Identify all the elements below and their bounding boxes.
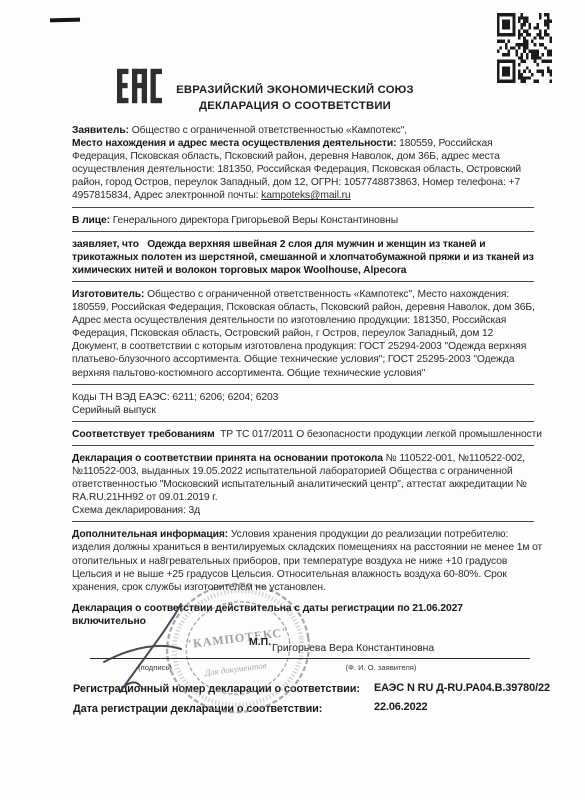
separator-line (72, 521, 534, 522)
separator-line (72, 421, 534, 422)
section-product: заявляет, что Одежда верхняя швейная 2 с… (72, 238, 545, 277)
mp-mark: М.П. (249, 636, 271, 648)
section-codes: Коды ТН ВЭД ЕАЭС: 6211; 6206; 6204; 6203… (72, 391, 545, 417)
separator-line (72, 384, 534, 385)
separator-line (72, 281, 534, 282)
section-applicant: Заявитель: Общество с ограниченной ответ… (72, 124, 545, 203)
scan-mark (50, 18, 80, 23)
document-body: Заявитель: Общество с ограниченной ответ… (72, 124, 545, 628)
union-title: ЕВРАЗИЙСКИЙ ЭКОНОМИЧЕСКИЙ СОЮЗ (150, 84, 440, 96)
section-additional-info: Дополнительная информация: Условия хране… (72, 528, 545, 593)
section-conformity: Соответствует требованиям ТР ТС 017/2011… (72, 428, 545, 441)
registration-date-value: 22.06.2022 (374, 701, 428, 713)
document-header: ЕВРАЗИЙСКИЙ ЭКОНОМИЧЕСКИЙ СОЮЗ ДЕКЛАРАЦИ… (150, 84, 440, 112)
handwritten-signature-icon (88, 596, 208, 704)
section-manufacturer: Изготовитель: Общество с ограниченной от… (72, 288, 545, 380)
separator-line (72, 207, 534, 208)
separator-line (72, 445, 534, 446)
qr-code-icon (497, 13, 552, 83)
signer-name: Григорьева Вера Константиновна (272, 643, 434, 654)
declaration-title: ДЕКЛАРАЦИЯ О СООТВЕТСТВИИ (150, 100, 440, 112)
stamp-subtext: Для документов (203, 660, 267, 678)
separator-line (72, 231, 534, 232)
section-basis: Декларация о соответствии принята на осн… (72, 452, 545, 517)
fio-caption: (Ф. И. О. заявителя) (325, 663, 437, 672)
section-representative: В лице: Генерального директора Григорьев… (72, 214, 545, 227)
registration-number-value: ЕАЭС N RU Д-RU.РА04.В.39780/22 (374, 682, 550, 694)
document-page: ЕВРАЗИЙСКИЙ ЭКОНОМИЧЕСКИЙ СОЮЗ ДЕКЛАРАЦИ… (0, 0, 585, 800)
